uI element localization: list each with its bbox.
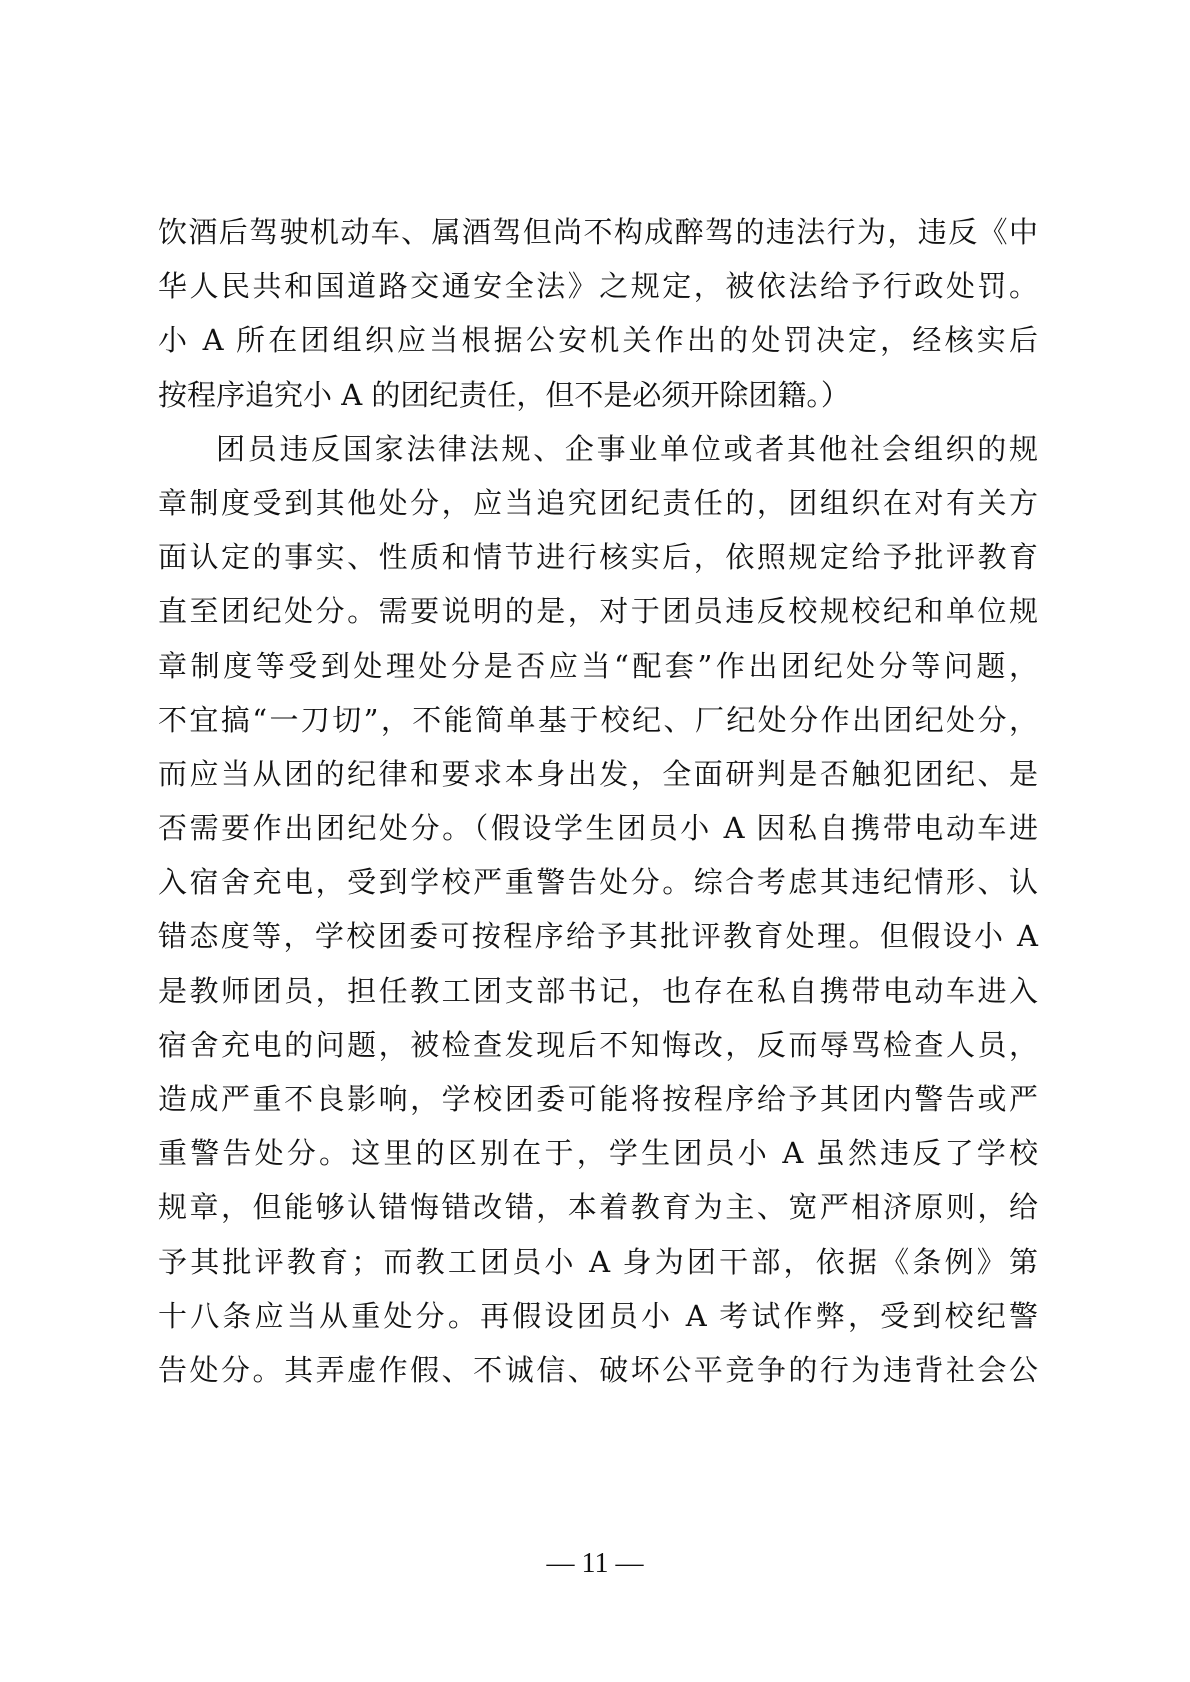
text-line: 错态度等，学校团委可按程序给予其批评教育处理。但假设小 A — [158, 909, 1038, 963]
text-line: 不宜搞“一刀切”，不能简单基于校纪、厂纪处分作出团纪处分， — [158, 693, 1038, 747]
text-line: 入宿舍充电，受到学校严重警告处分。综合考虑其违纪情形、认 — [158, 855, 1038, 909]
text-line: 按程序追究小 A 的团纪责任，但不是必须开除团籍。） — [158, 368, 1038, 422]
text-line: 团员违反国家法律法规、企事业单位或者其他社会组织的规 — [158, 422, 1038, 476]
text-line: 宿舍充电的问题，被检查发现后不知悔改，反而辱骂检查人员， — [158, 1018, 1038, 1072]
text-line: 小 A 所在团组织应当根据公安机关作出的处罚决定，经核实后 — [158, 313, 1038, 367]
text-line: 饮酒后驾驶机动车、属酒驾但尚不构成醉驾的违法行为，违反《中 — [158, 205, 1038, 259]
text-line: 章制度受到其他处分，应当追究团纪责任的，团组织在对有关方 — [158, 476, 1038, 530]
text-line: 而应当从团的纪律和要求本身出发，全面研判是否触犯团纪、是 — [158, 747, 1038, 801]
page-number: — 11 — — [0, 1548, 1190, 1580]
text-line: 华人民共和国道路交通安全法》之规定，被依法给予行政处罚。 — [158, 259, 1038, 313]
text-line: 重警告处分。这里的区别在于，学生团员小 A 虽然违反了学校 — [158, 1126, 1038, 1180]
text-line: 予其批评教育；而教工团员小 A 身为团干部，依据《条例》第 — [158, 1235, 1038, 1289]
text-line: 是教师团员，担任教工团支部书记，也存在私自携带电动车进入 — [158, 964, 1038, 1018]
text-line: 规章，但能够认错悔错改错，本着教育为主、宽严相济原则，给 — [158, 1180, 1038, 1234]
document-page: 饮酒后驾驶机动车、属酒驾但尚不构成醉驾的违法行为，违反《中 华人民共和国道路交通… — [0, 0, 1190, 1682]
text-line: 否需要作出团纪处分。（假设学生团员小 A 因私自携带电动车进 — [158, 801, 1038, 855]
text-line: 十八条应当从重处分。再假设团员小 A 考试作弊，受到校纪警 — [158, 1289, 1038, 1343]
text-line: 面认定的事实、性质和情节进行核实后，依照规定给予批评教育 — [158, 530, 1038, 584]
text-line: 告处分。其弄虚作假、不诚信、破坏公平竞争的行为违背社会公 — [158, 1343, 1038, 1397]
text-line: 章制度等受到处理处分是否应当“配套”作出团纪处分等问题， — [158, 639, 1038, 693]
body-text: 饮酒后驾驶机动车、属酒驾但尚不构成醉驾的违法行为，违反《中 华人民共和国道路交通… — [158, 205, 1038, 1397]
text-line: 直至团纪处分。需要说明的是，对于团员违反校规校纪和单位规 — [158, 584, 1038, 638]
text-line: 造成严重不良影响，学校团委可能将按程序给予其团内警告或严 — [158, 1072, 1038, 1126]
